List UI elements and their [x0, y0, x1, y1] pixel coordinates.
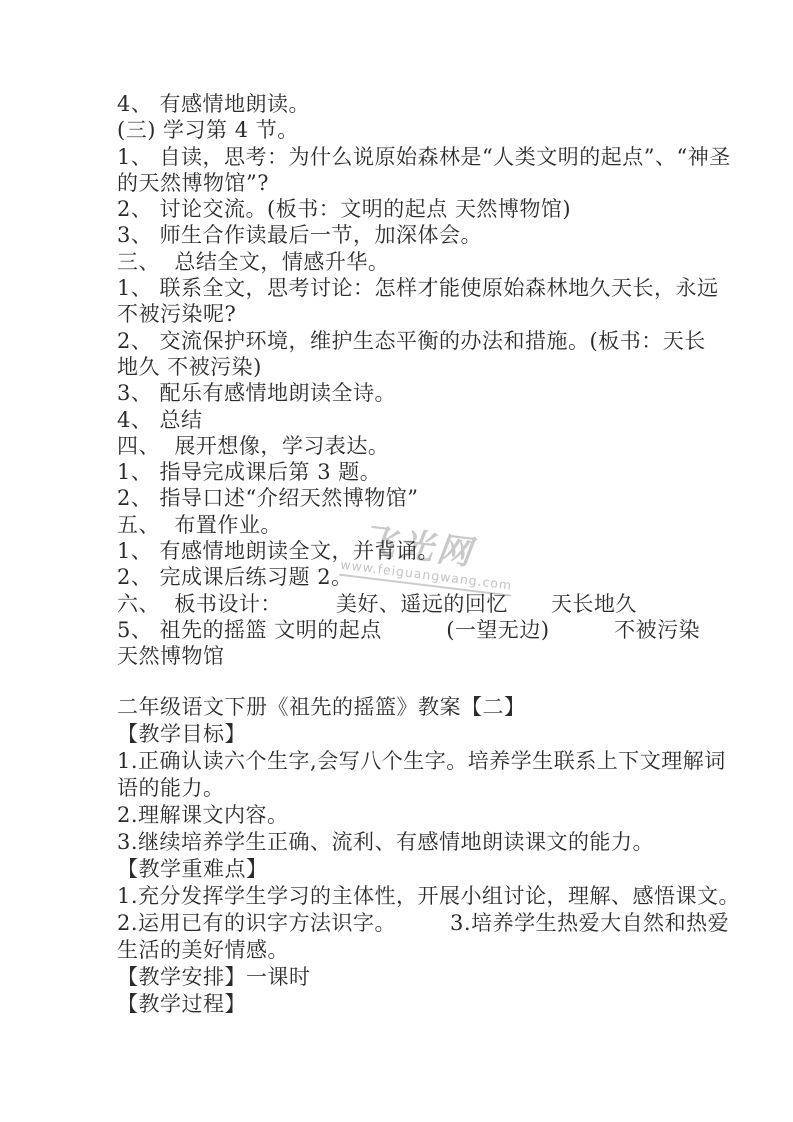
text-line: 2、 完成课后练习题 2。 — [117, 564, 697, 590]
text-line: 【教学目标】 — [117, 721, 697, 748]
text-line: 的天然博物馆”? — [117, 170, 697, 196]
text-line: 天然博物馆 — [117, 643, 697, 669]
text-line: 【教学安排】一课时 — [117, 964, 697, 991]
text-line: 1.正确认读六个生字,会写八个生字。培养学生联系上下文理解词 — [117, 748, 697, 775]
text-line: 1、 有感情地朗读全文，并背诵。 — [117, 538, 697, 564]
lesson-plan-one-section: 4、 有感情地朗读。(三) 学习第 4 节。1、 自读，思考：为什么说原始森林是… — [117, 91, 697, 670]
lesson-plan-two-section: 二年级语文下册《祖先的摇篮》教案【二】【教学目标】1.正确认读六个生字,会写八个… — [117, 694, 697, 1018]
text-line: 语的能力。 — [117, 775, 697, 802]
text-line: 2、 指导口述“介绍天然博物馆” — [117, 485, 697, 511]
text-line: 2.运用已有的识字方法识字。 3.培养学生热爱大自然和热爱 — [117, 910, 697, 937]
text-line: 四、 展开想像，学习表达。 — [117, 433, 697, 459]
text-line: 2、 讨论交流。(板书：文明的起点 天然博物馆) — [117, 196, 697, 222]
text-line: 六、 板书设计： 美好、遥远的回忆 天长地久 — [117, 591, 697, 617]
text-line: 不被污染呢? — [117, 301, 697, 327]
text-line: 二年级语文下册《祖先的摇篮》教案【二】 — [117, 694, 697, 721]
text-line: 3、 配乐有感情地朗读全诗。 — [117, 380, 697, 406]
text-line: 三、 总结全文，情感升华。 — [117, 249, 697, 275]
text-line: 【教学过程】 — [117, 991, 697, 1018]
document-page: 飞光网 www.feiguangwang.com 4、 有感情地朗读。(三) 学… — [0, 0, 793, 1122]
text-line: 3.继续培养学生正确、流利、有感情地朗读课文的能力。 — [117, 829, 697, 856]
text-line: 1、 联系全文，思考讨论：怎样才能使原始森林地久天长，永远 — [117, 275, 697, 301]
text-line: 1.充分发挥学生学习的主体性，开展小组讨论，理解、感悟课文。 — [117, 883, 697, 910]
text-line: 生活的美好情感。 — [117, 937, 697, 964]
text-line: 1、 自读，思考：为什么说原始森林是“人类文明的起点”、“神圣 — [117, 144, 697, 170]
text-line: 地久 不被污染) — [117, 354, 697, 380]
text-line: 2.理解课文内容。 — [117, 802, 697, 829]
text-line: (三) 学习第 4 节。 — [117, 117, 697, 143]
text-line: 5、 祖先的摇篮 文明的起点 (一望无边) 不被污染 — [117, 617, 697, 643]
text-line: 1、 指导完成课后第 3 题。 — [117, 459, 697, 485]
text-line: 3、 师生合作读最后一节，加深体会。 — [117, 222, 697, 248]
text-line: 4、 总结 — [117, 407, 697, 433]
text-line: 2、 交流保护环境，维护生态平衡的办法和措施。(板书：天长 — [117, 328, 697, 354]
text-line: 4、 有感情地朗读。 — [117, 91, 697, 117]
text-line: 【教学重难点】 — [117, 856, 697, 883]
text-line: 五、 布置作业。 — [117, 512, 697, 538]
